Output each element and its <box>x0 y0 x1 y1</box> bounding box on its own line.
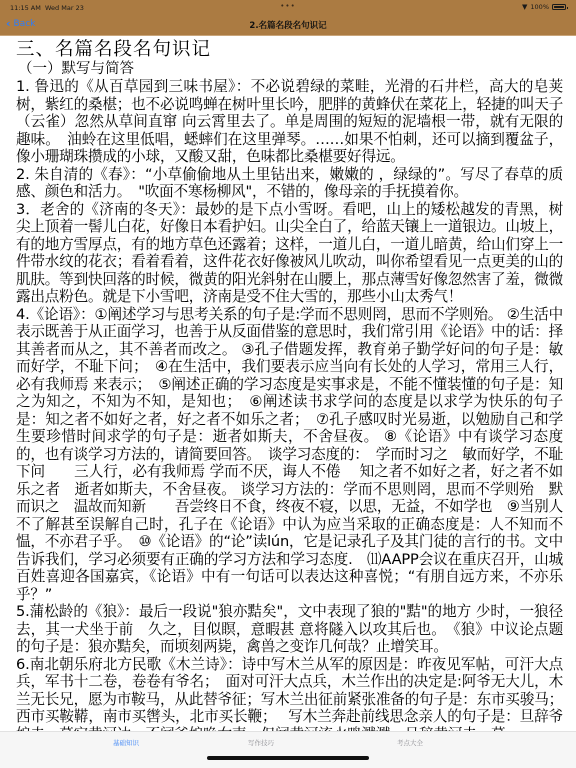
paragraph-5: 5.蒲松龄的《狼》：最后一段说"狼亦黠矣"，文中表现了狼的"黠"的地方 少时，一… <box>16 603 563 656</box>
status-time-text: 11:15 AM <box>10 4 41 12</box>
section-heading: 三、名篇名段名句识记 <box>16 39 563 61</box>
tab-exam-points[interactable]: 考点大全 <box>397 738 423 747</box>
paragraph-1: 1. 鲁迅的《从百草园到三味书屋》：不必说碧绿的菜畦，光滑的石井栏，高大的皂荚树… <box>16 78 563 166</box>
tab-writing-skills[interactable]: 写作技巧 <box>248 738 274 747</box>
tab-basic-knowledge[interactable]: 基础知识 <box>113 738 139 747</box>
status-bar: 11:15 AM Wed Mar 23 ••• ▼ 100% <box>0 0 576 14</box>
section-subheading: （一）默写与简答 <box>18 61 563 78</box>
status-date-text: Wed Mar 23 <box>45 4 84 12</box>
navigation-bar: ‹ Back 2.名篇名段名句识记 <box>0 14 576 36</box>
wifi-icon: ▼ <box>522 3 527 11</box>
page-title: 2.名篇名段名句识记 <box>0 19 576 31</box>
paragraph-4: 4.《论语》：①阐述学习与思考关系的句子是:学而不思则罔，思而不学则殆。 ②生活… <box>16 306 563 604</box>
paragraph-2: 2. 朱自清的《春》：“小草偷偷地从土里钻出来，嫩嫩的 ，绿绿的”。写尽了春草的… <box>16 166 563 201</box>
multitasking-dots-icon[interactable]: ••• <box>280 2 295 10</box>
battery-full-icon <box>552 4 566 10</box>
paragraph-3: 3．老舍的《济南的冬天》：最妙的是下点小雪呀。看吧，山上的矮松越发的青黑，树尖上… <box>16 201 563 306</box>
app-window: 11:15 AM Wed Mar 23 ••• ▼ 100% ‹ Back 2.… <box>0 0 576 768</box>
status-indicators: ▼ 100% <box>522 3 566 11</box>
tab-bar: 基础知识 写作技巧 考点大全 <box>0 731 576 768</box>
article-content[interactable]: 三、名篇名段名句识记 （一）默写与简答 1. 鲁迅的《从百草园到三味书屋》：不必… <box>0 37 576 731</box>
home-indicator[interactable] <box>207 756 369 760</box>
status-time: 11:15 AM Wed Mar 23 <box>10 4 84 12</box>
paragraph-6: 6.南北朝乐府北方民歌《木兰诗》：诗中写木兰从军的原因是：昨夜见军帖，可汗大点兵… <box>16 656 563 732</box>
top-bar: 11:15 AM Wed Mar 23 ••• ▼ 100% ‹ Back 2.… <box>0 0 576 36</box>
battery-percentage: 100% <box>530 3 549 11</box>
